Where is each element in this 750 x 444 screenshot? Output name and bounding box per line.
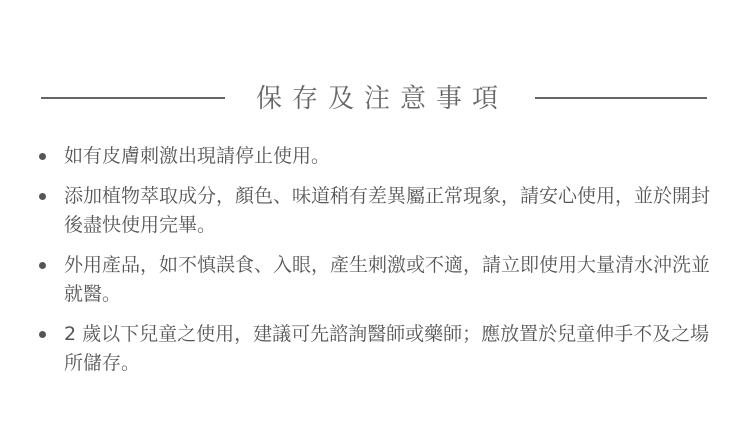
- header-divider-right: [535, 97, 707, 99]
- list-item: 2 歲以下兒童之使用，建議可先諮詢醫師或藥師；應放置於兒童伸手不及之場所儲存。: [0, 320, 750, 379]
- list-item-text: 如有皮膚刺激出現請停止使用。: [64, 145, 330, 167]
- bullet-icon: [39, 262, 46, 269]
- list-item-text: 添加植物萃取成分，顏色、味道稍有差異屬正常現象，請安心使用，並於開封後盡快使用完…: [64, 185, 710, 237]
- list-item: 外用產品，如不慎誤食、入眼，產生刺激或不適，請立即使用大量清水沖洗並就醫。: [0, 251, 750, 310]
- bullet-icon: [39, 193, 46, 200]
- section-title: 保存及注意事項: [256, 80, 516, 118]
- section-header: 保存及注意事項: [0, 80, 750, 118]
- list-item: 如有皮膚刺激出現請停止使用。: [0, 142, 750, 172]
- list-item-text: 2 歲以下兒童之使用，建議可先諮詢醫師或藥師；應放置於兒童伸手不及之場所儲存。: [64, 323, 709, 375]
- list-item-text: 外用產品，如不慎誤食、入眼，產生刺激或不適，請立即使用大量清水沖洗並就醫。: [64, 254, 710, 306]
- header-divider-left: [41, 97, 225, 99]
- bullet-icon: [39, 153, 46, 160]
- list-item: 添加植物萃取成分，顏色、味道稍有差異屬正常現象，請安心使用，並於開封後盡快使用完…: [0, 182, 750, 241]
- bullet-icon: [39, 331, 46, 338]
- precautions-list: 如有皮膚刺激出現請停止使用。 添加植物萃取成分，顏色、味道稍有差異屬正常現象，請…: [0, 142, 750, 389]
